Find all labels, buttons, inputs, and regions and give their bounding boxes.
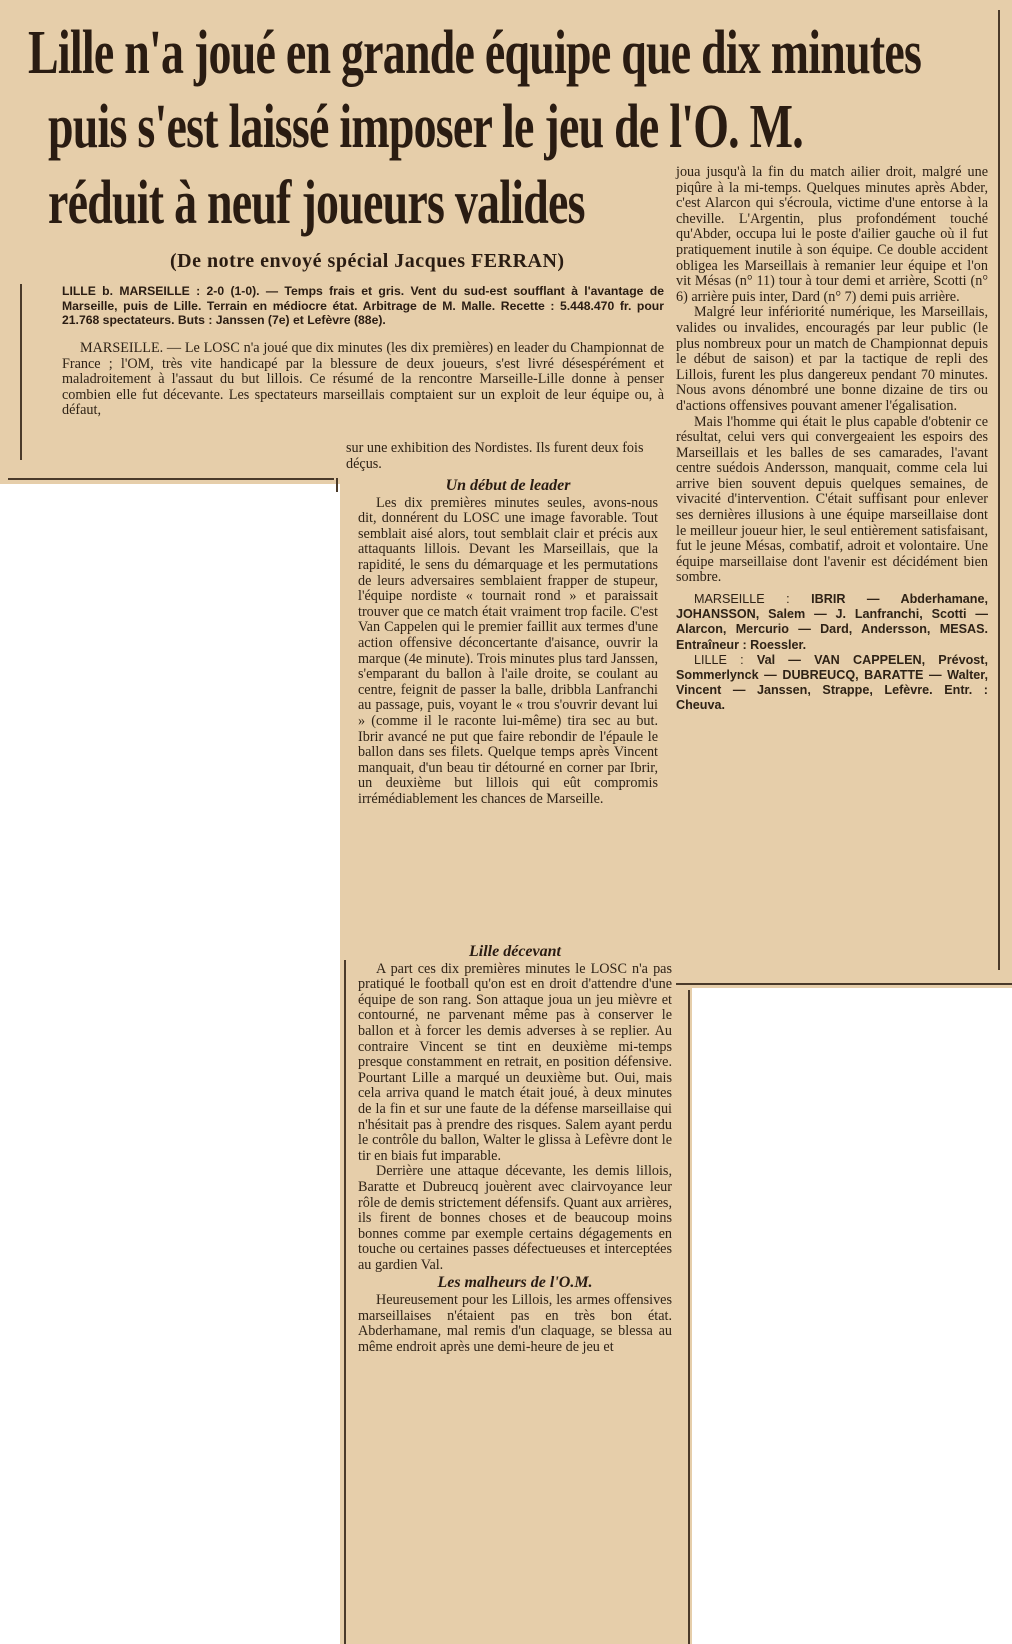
byline: (De notre envoyé spécial Jacques FERRAN) [170, 250, 565, 273]
column-rule [336, 478, 338, 492]
lineup-label: MARSEILLE : [694, 592, 790, 606]
intro-tail: sur une exhibition des Nordistes. Ils fu… [346, 441, 646, 472]
subheading: Lille décevant [358, 944, 672, 960]
paragraph: Mais l'homme qui était le plus capable d… [676, 415, 988, 587]
paragraph: Malgré leur infériorité numérique, les M… [676, 305, 988, 414]
paragraph: Derrière une attaque décevante, les demi… [358, 1164, 672, 1273]
paragraph: joua jusqu'à la fin du match ailier droi… [676, 165, 988, 305]
paragraph: Heureusement pour les Lillois, les armes… [358, 1293, 672, 1355]
paragraph: Les dix premières minutes seules, avons-… [358, 496, 658, 808]
column-rule [998, 10, 1000, 970]
section-lille-decevant: Lille décevant A part ces dix premières … [358, 942, 672, 1355]
right-column-text: joua jusqu'à la fin du match ailier droi… [676, 165, 988, 714]
column-rule [344, 960, 346, 1644]
column-rule [20, 284, 22, 460]
headline-line-2: puis s'est laissé imposer le jeu de l'O.… [48, 92, 803, 163]
section-un-debut-de-leader: Un début de leader Les dix premières min… [358, 476, 658, 807]
match-summary: LILLE b. MARSEILLE : 2-0 (1-0). — Temps … [62, 284, 664, 328]
subheading: Les malheurs de l'O.M. [358, 1275, 672, 1291]
section-rule [676, 983, 1012, 985]
subheading: Un début de leader [358, 478, 658, 494]
intro-paragraph: MARSEILLE. — Le LOSC n'a joué que dix mi… [62, 341, 664, 419]
intro-text: MARSEILLE. — Le LOSC n'a joué que dix mi… [62, 341, 664, 419]
column-rule [688, 990, 690, 1644]
lineup-marseille: MARSEILLE : IBRIR — Abderhamane, JOHANSS… [676, 592, 988, 653]
section-rule [8, 478, 334, 480]
lineup-label: LILLE : [694, 653, 744, 667]
headline-line-3: réduit à neuf joueurs valides [48, 168, 585, 239]
lineup-lille: LILLE : Val — VAN CAPPELEN, Prévost, Som… [676, 653, 988, 714]
headline-line-1: Lille n'a joué en grande équipe que dix … [28, 18, 921, 89]
paragraph: A part ces dix premières minutes le LOSC… [358, 962, 672, 1165]
